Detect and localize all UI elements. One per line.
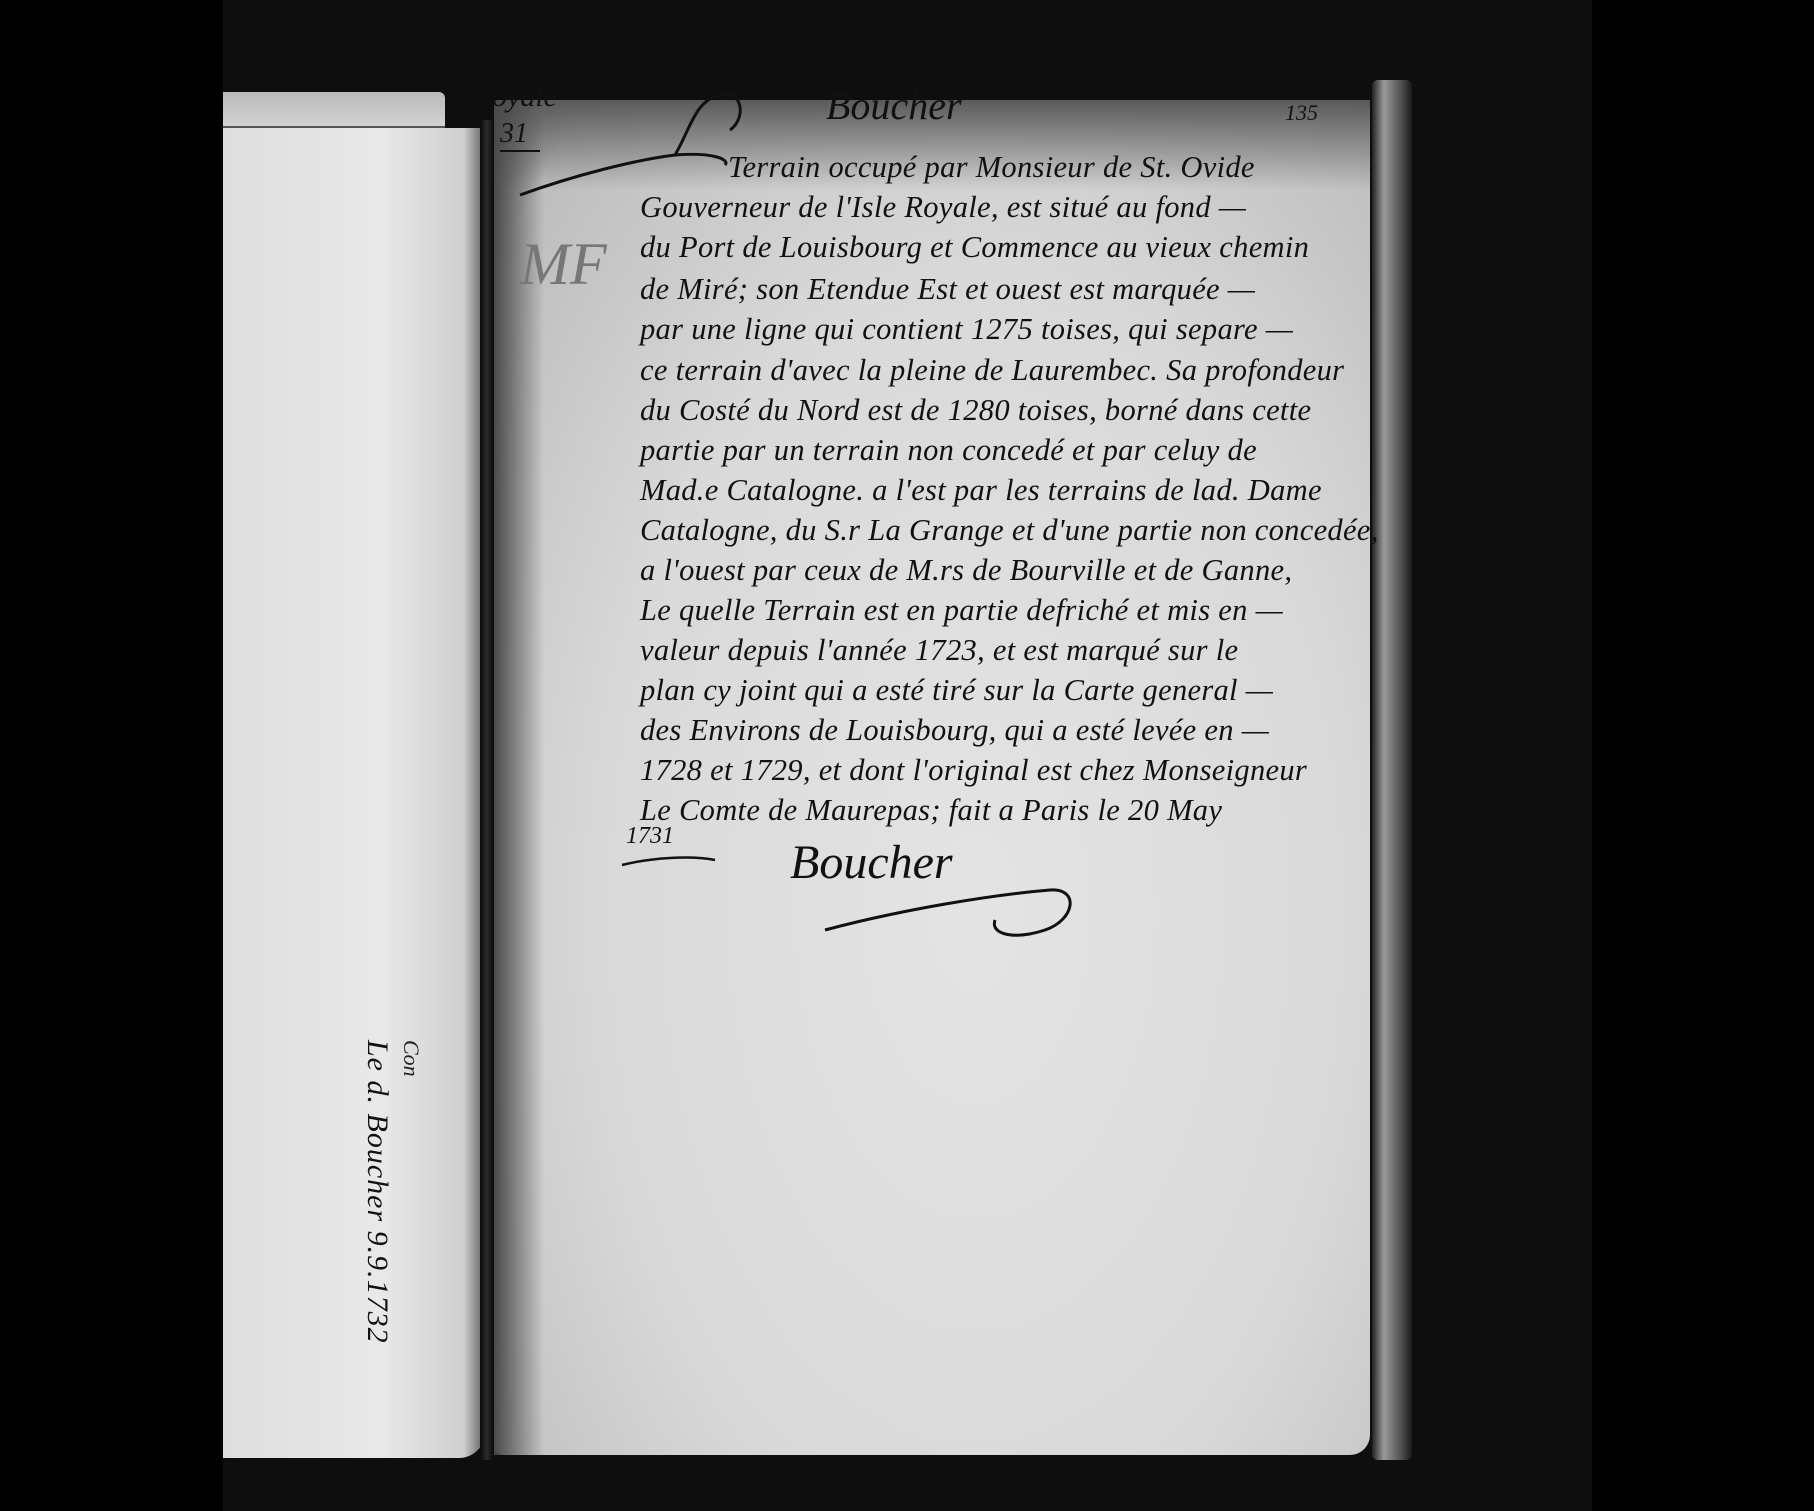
text-line: Catalogne, du S.r La Grange et d'une par… <box>640 513 1379 548</box>
marginal-note-rotated: Le d. Boucher 9.9.1732 <box>360 1040 394 1344</box>
text-line: partie par un terrain non concedé et par… <box>640 433 1257 468</box>
signature-flourish-icon <box>820 870 1080 950</box>
text-line: 1728 et 1729, et dont l'original est che… <box>640 753 1307 788</box>
initial-mark: MF <box>520 230 607 299</box>
text-line: a l'ouest par ceux de M.rs de Bourville … <box>640 553 1292 588</box>
left-page <box>223 128 485 1458</box>
text-line: par une ligne qui contient 1275 toises, … <box>640 312 1293 347</box>
page-heading: Boucher <box>826 82 962 129</box>
text-line: Le Comte de Maurepas; fait a Paris le 20… <box>640 793 1222 828</box>
text-line: Le quelle Terrain est en partie defriché… <box>640 593 1283 628</box>
book-spine <box>480 120 494 1460</box>
text-line: des Environs de Louisbourg, qui a esté l… <box>640 713 1269 748</box>
text-line: plan cy joint qui a esté tiré sur la Car… <box>640 673 1273 708</box>
bleedthrough-text <box>235 248 241 275</box>
initial-flourish-icon <box>515 90 745 200</box>
text-line: valeur depuis l'année 1723, et est marqu… <box>640 633 1238 668</box>
marginal-note-prefix: Con <box>398 1040 424 1077</box>
black-margin-left <box>0 0 223 1511</box>
closing-year: 1731 <box>626 823 674 850</box>
text-line: Gouverneur de l'Isle Royale, est situé a… <box>640 190 1246 225</box>
text-line: du Port de Louisbourg et Commence au vie… <box>640 230 1309 265</box>
text-line: Mad.e Catalogne. a l'est par les terrain… <box>640 473 1322 508</box>
year-underline-icon <box>620 850 720 870</box>
left-page-top-edge <box>223 92 445 129</box>
text-line: du Costé du Nord est de 1280 toises, bor… <box>640 393 1311 428</box>
text-line: Terrain occupé par Monsieur de St. Ovide <box>728 150 1255 185</box>
text-line: de Miré; son Etendue Est et ouest est ma… <box>640 272 1255 307</box>
black-margin-right <box>1592 0 1814 1511</box>
right-page-edge <box>1372 80 1412 1460</box>
folio-number: 135 <box>1285 100 1318 126</box>
text-line: ce terrain d'avec la pleine de Laurembec… <box>640 353 1344 388</box>
